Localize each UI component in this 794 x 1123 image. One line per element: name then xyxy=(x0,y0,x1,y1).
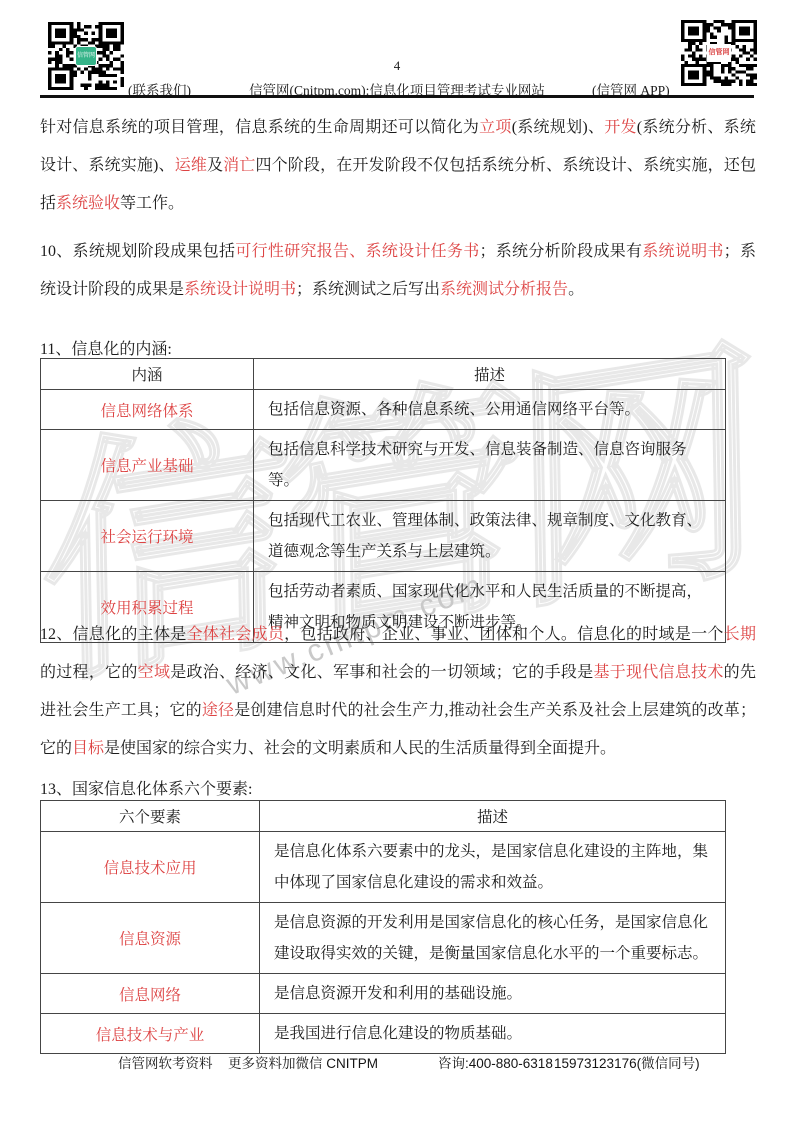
highlighted-term: 基于现代信息技术 xyxy=(593,664,723,681)
highlighted-term: 途径 xyxy=(202,702,234,719)
text-run: ，包括政府、企业、事业、团体和个人。信息化的时域是一个 xyxy=(284,626,724,643)
table-row: 社会运行环境 包括现代工农业、管理体制、政策法律、规章制度、文化教育、道德观念等… xyxy=(41,501,726,572)
table-row: 信息产业基础 包括信息科学技术研究与开发、信息装备制造、信息咨询服务等。 xyxy=(41,430,726,501)
column-header-term: 内涵 xyxy=(41,359,254,390)
desc-cell: 是信息资源开发和利用的基础设施。 xyxy=(260,974,726,1014)
desc-cell: 是信息化体系六要素中的龙头，是国家信息化建设的主阵地，集中体现了国家信息化建设的… xyxy=(260,832,726,903)
footer-wechat-label: 更多资料加微信 CNITPM xyxy=(228,1052,378,1072)
term-cell: 信息资源 xyxy=(41,903,260,974)
text-run: 是使国家的综合实力、社会的文明素质和人民的生活质量得到全面提升。 xyxy=(104,740,616,757)
section-11-heading: 11、信息化的内涵: xyxy=(40,336,172,359)
header-divider xyxy=(40,95,754,98)
table-row: 信息网络 是信息资源开发和利用的基础设施。 xyxy=(41,974,726,1014)
desc-cell: 包括信息资源、各种信息系统、公用通信网络平台等。 xyxy=(254,390,726,430)
text-run: ；系统测试之后写出 xyxy=(296,281,440,298)
text-run: 的过程，它的 xyxy=(40,664,138,681)
highlighted-term: 全体社会成员 xyxy=(187,626,285,643)
text-run: 是政治、经济、文化、军事和社会的一切领域；它的手段是 xyxy=(170,664,593,681)
page-number: 4 xyxy=(0,58,794,74)
informatization-connotation-table: 内涵 描述 信息网络体系 包括信息资源、各种信息系统、公用通信网络平台等。 信息… xyxy=(40,358,726,643)
text-run: 12、信息化的主体是 xyxy=(40,626,187,643)
table-row: 信息资源 是信息资源的开发利用是国家信息化的核心任务，是国家信息化建设取得实效的… xyxy=(41,903,726,974)
footer-hotline-label: 咨询:400-880-6318 xyxy=(438,1052,553,1072)
section-13-heading: 13、国家信息化体系六个要素: xyxy=(40,776,252,799)
highlighted-term: 系统验收 xyxy=(56,195,120,212)
document-page: 信管网 www.cnitpm.com 信管网 信管网 4 (联系我们) 信管网(… xyxy=(0,0,794,1123)
footer-phone-label: 15973123176(微信同号) xyxy=(554,1052,700,1072)
highlighted-term: 系统设计说明书 xyxy=(184,281,296,298)
highlighted-term: 开发 xyxy=(604,119,637,136)
column-header-desc: 描述 xyxy=(260,801,726,832)
table-row: 信息网络体系 包括信息资源、各种信息系统、公用通信网络平台等。 xyxy=(41,390,726,430)
desc-cell: 包括现代工农业、管理体制、政策法律、规章制度、文化教育、道德观念等生产关系与上层… xyxy=(254,501,726,572)
paragraph-lifecycle: 针对信息系统的项目管理，信息系统的生命周期还可以简化为立项(系统规划)、开发(系… xyxy=(40,109,756,223)
table-header-row: 六个要素 描述 xyxy=(41,801,726,832)
term-cell: 信息网络 xyxy=(41,974,260,1014)
term-cell: 信息网络体系 xyxy=(41,390,254,430)
table-header-row: 内涵 描述 xyxy=(41,359,726,390)
footer-brand-label: 信管网软考资料 xyxy=(118,1052,213,1072)
desc-cell: 包括信息科学技术研究与开发、信息装备制造、信息咨询服务等。 xyxy=(254,430,726,501)
paragraph-item-12: 12、信息化的主体是全体社会成员，包括政府、企业、事业、团体和个人。信息化的时域… xyxy=(40,616,756,768)
highlighted-term: 空域 xyxy=(138,664,171,681)
highlighted-term: 消亡 xyxy=(223,157,255,174)
text-run: 10、系统规划阶段成果包括 xyxy=(40,243,235,260)
term-cell: 信息产业基础 xyxy=(41,430,254,501)
text-run: 及 xyxy=(207,157,223,174)
text-run: 。 xyxy=(568,281,584,298)
contact-qr-code-icon: 信管网 xyxy=(48,22,124,90)
column-header-term: 六个要素 xyxy=(41,801,260,832)
paragraph-item-10: 10、系统规划阶段成果包括可行性研究报告、系统设计任务书；系统分析阶段成果有系统… xyxy=(40,233,756,309)
highlighted-term: 系统测试分析报告 xyxy=(440,281,568,298)
term-cell: 信息技术与产业 xyxy=(41,1014,260,1054)
desc-cell: 是我国进行信息化建设的物质基础。 xyxy=(260,1014,726,1054)
highlighted-term: 系统说明书 xyxy=(642,243,723,260)
highlighted-term: 目标 xyxy=(72,740,104,757)
highlighted-term: 运维 xyxy=(175,157,207,174)
term-cell: 信息技术应用 xyxy=(41,832,260,903)
desc-cell: 是信息资源的开发利用是国家信息化的核心任务，是国家信息化建设取得实效的关键，是衡… xyxy=(260,903,726,974)
text-run: 针对信息系统的项目管理，信息系统的生命周期还可以简化为 xyxy=(40,119,479,136)
highlighted-term: 长期 xyxy=(724,626,756,643)
text-run: ；系统分析阶段成果有 xyxy=(480,243,643,260)
national-informatization-elements-table: 六个要素 描述 信息技术应用 是信息化体系六要素中的龙头，是国家信息化建设的主阵… xyxy=(40,800,726,1054)
term-cell: 社会运行环境 xyxy=(41,501,254,572)
highlighted-term: 立项 xyxy=(479,119,512,136)
highlighted-term: 可行性研究报告、系统设计任务书 xyxy=(235,243,479,260)
column-header-desc: 描述 xyxy=(254,359,726,390)
table-row: 信息技术与产业 是我国进行信息化建设的物质基础。 xyxy=(41,1014,726,1054)
table-row: 信息技术应用 是信息化体系六要素中的龙头，是国家信息化建设的主阵地，集中体现了国… xyxy=(41,832,726,903)
text-run: (系统规划)、 xyxy=(512,119,605,136)
app-qr-code-icon: 信管网 xyxy=(681,20,757,86)
text-run: 等工作。 xyxy=(120,195,184,212)
